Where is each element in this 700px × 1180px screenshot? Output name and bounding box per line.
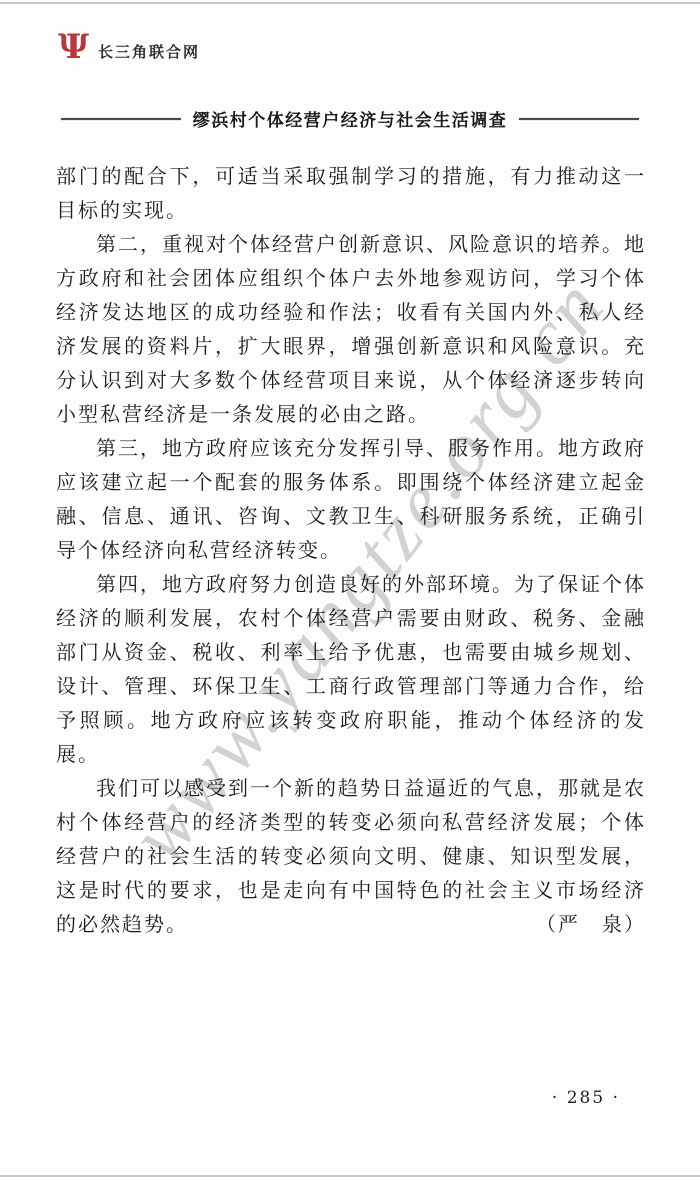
paragraph-3: 第三，地方政府应该充分发挥引导、服务作用。地方政府应该建立起一个配套的服务体系。…	[56, 432, 646, 568]
document-body: 部门的配合下，可适当采取强制学习的措施，有力推动这一目标的实现。 第二，重视对个…	[56, 160, 646, 942]
running-head: 缪浜村个体经营户经济与社会生活调查	[0, 106, 700, 131]
page-number: · 285 ·	[552, 1088, 620, 1108]
yangtze-logo-icon: Ψ	[58, 30, 89, 64]
paragraph-4: 第四，地方政府努力创造良好的外部环境。为了保证个体经济的顺利发展，农村个体经营户…	[56, 568, 646, 772]
site-logo: Ψ 长三角联合网	[58, 30, 200, 64]
logo-site-name: 长三角联合网	[98, 33, 200, 62]
header-rule-left	[61, 118, 181, 120]
paragraph-5: 我们可以感受到一个新的趋势日益逼近的气息，那就是农村个体经营户的经济类型的转变必…	[56, 772, 646, 942]
scan-edge-bottom	[0, 1175, 700, 1177]
paragraph-2: 第二，重视对个体经营户创新意识、风险意识的培养。地方政府和社会团体应组织个体户去…	[56, 228, 646, 432]
paragraph-1: 部门的配合下，可适当采取强制学习的措施，有力推动这一目标的实现。	[56, 160, 646, 228]
scanned-document-page: www.yangtze.org.cn Ψ 长三角联合网 缪浜村个体经营户经济与社…	[0, 0, 700, 1180]
author-signature: （严 泉）	[496, 908, 646, 942]
scan-edge-top	[0, 2, 700, 4]
page-header-title: 缪浜村个体经营户经济与社会生活调查	[193, 106, 508, 131]
header-rule-right	[519, 118, 639, 120]
